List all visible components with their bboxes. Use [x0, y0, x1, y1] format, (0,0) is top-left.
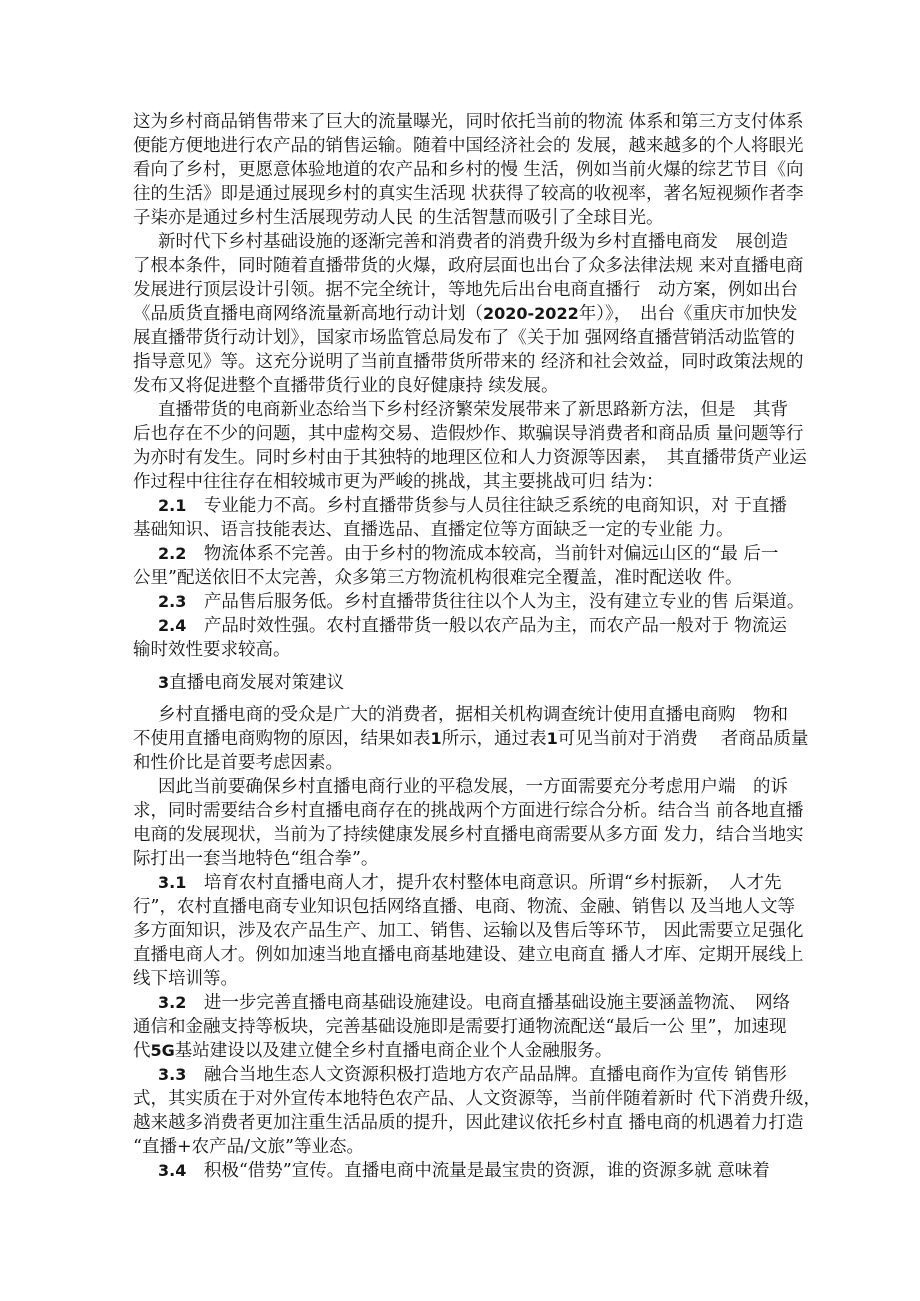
bold-text-segment: 3.3 — [158, 1065, 186, 1084]
text-line: 因此当前要确保乡村直播电商行业的平稳发展，一方面需要充分考虑用户端 的诉 — [133, 775, 795, 799]
text-segment: 际打出一套当地特色“组合拳”。 — [133, 849, 378, 869]
text-line: 往的生活》即是通过展现乡村的真实生活现 状获得了较高的收视率，著名短视频作者李 — [133, 182, 795, 206]
text-line: 线下培训等。 — [133, 967, 795, 991]
text-segment: 和性价比是首要考虑因素。 — [133, 753, 343, 773]
text-segment: 物流体系不完善。由于乡村的物流成本较高，当前针对偏远山区的“最 后一 — [186, 544, 778, 564]
document-page: 这为乡村商品销售带来了巨大的流量曝光，同时依托当前的物流 体系和第三方支付体系便… — [0, 0, 920, 1301]
text-segment: 求，同时需要结合乡村直播电商存在的挑战两个方面进行综合分析。结合当 前各地直播 — [133, 801, 804, 821]
bold-text-segment: 3.4 — [158, 1161, 186, 1180]
text-segment: 产品售后服务低。乡村直播带货往往以个人为主，没有建立专业的售 后渠道。 — [186, 592, 804, 612]
text-line: 为亦时有发生。同时乡村由于其独特的地理区位和人力资源等因素， 其直播带货产业运 — [133, 446, 795, 470]
text-segment: 电商的发展现状，当前为了持续健康发展乡村直播电商需要从多方面 发力，结合当地实 — [133, 825, 804, 845]
text-segment: 直播电商人才。例如加速当地直播电商基地建设、建立电商直 播人才库、定期开展线上 — [133, 945, 804, 965]
text-line: 直播电商人才。例如加速当地直播电商基地建设、建立电商直 播人才库、定期开展线上 — [133, 943, 795, 967]
text-line: 公里”配送依旧不太完善，众多第三方物流机构很难完全覆盖，准时配送收 件。 — [133, 566, 795, 590]
text-line: 乡村直播电商的受众是广大的消费者，据相关机构调查统计使用直播电商购 物和 — [133, 703, 795, 727]
text-line: 越来越多消费者更加注重生活品质的提升，因此建议依托乡村直 播电商的机遇着力打造 — [133, 1111, 795, 1135]
text-line: 际打出一套当地特色“组合拳”。 — [133, 847, 795, 871]
text-segment: 输时效性要求较高。 — [133, 640, 291, 660]
text-line: 多方面知识，涉及农产品生产、加工、销售、运输以及售后等环节， 因此需要立足强化 — [133, 919, 795, 943]
text-segment: 通信和金融支持等板块，完善基础设施即是需要打通物流配送“最后一公 里”，加速现 — [133, 1017, 786, 1037]
text-line: 了根本条件，同时随着直播带货的火爆，政府层面也出台了众多法律法规 来对直播电商 — [133, 254, 795, 278]
bold-text-segment: 3.1 — [158, 873, 186, 892]
text-segment: 行”，农村直播电商专业知识包括网络直播、电商、物流、金融、销售以 及当地人文等 — [133, 897, 795, 917]
text-segment: 所示，通过表 — [442, 729, 547, 749]
document-text: 这为乡村商品销售带来了巨大的流量曝光，同时依托当前的物流 体系和第三方支付体系便… — [133, 110, 795, 1183]
text-segment: 多方面知识，涉及农产品生产、加工、销售、运输以及售后等环节， 因此需要立足强化 — [133, 921, 804, 941]
bold-text-segment: 1 — [431, 729, 442, 748]
bold-text-segment: 3.2 — [158, 993, 186, 1012]
text-segment: 这为乡村商品销售带来了巨大的流量曝光，同时依托当前的物流 体系和第三方支付体系 — [133, 112, 804, 132]
text-line: 这为乡村商品销售带来了巨大的流量曝光，同时依托当前的物流 体系和第三方支付体系 — [133, 110, 795, 134]
text-segment: “直播+农产品/文旅”等业态。 — [133, 1137, 364, 1157]
text-line: 和性价比是首要考虑因素。 — [133, 751, 795, 775]
text-segment: 为亦时有发生。同时乡村由于其独特的地理区位和人力资源等因素， 其直播带货产业运 — [133, 448, 807, 468]
text-line: 式，其实质在于对外宣传本地特色农产品、人文资源等，当前伴随着新时 代下消费升级， — [133, 1087, 795, 1111]
text-line: 3.3 融合当地生态人文资源积极打造地方农产品品牌。直播电商作为宣传 销售形 — [133, 1063, 795, 1087]
text-line: 代5G基站建设以及建立健全乡村直播电商企业个人金融服务。 — [133, 1039, 795, 1063]
text-segment: 公里”配送依旧不太完善，众多第三方物流机构很难完全覆盖，准时配送收 件。 — [133, 568, 743, 588]
text-segment: 专业能力不高。乡村直播带货参与人员往往缺乏系统的电商知识，对 于直播 — [186, 496, 787, 516]
text-line: 《品质货直播电商网络流量新高地行动计划（2020-2022年）》， 出台《重庆市… — [133, 302, 795, 326]
text-segment: 培育农村直播电商人才，提升农村整体电商意识。所谓“乡村振新， 人才先 — [186, 873, 781, 893]
text-segment: 直播电商发展对策建议 — [169, 673, 344, 693]
text-line: 不使用直播电商购物的原因，结果如表1所示，通过表1可见当前对于消费 者商品质量 — [133, 727, 795, 751]
text-line: 子柒亦是通过乡村生活展现劳动人民 的生活智慧而吸引了全球目光。 — [133, 206, 795, 230]
text-segment: 发展进行顶层设计引领。据不完全统计，等地先后出台电商直播行 动方案，例如出台 — [133, 280, 798, 300]
text-line: 后也存在不少的问题，其中虚构交易、造假炒作、欺骗误导消费者和商品质 量问题等行 — [133, 422, 795, 446]
text-segment: 《品质货直播电商网络流量新高地行动计划（ — [133, 304, 483, 324]
text-line: 2.1 专业能力不高。乡村直播带货参与人员往往缺乏系统的电商知识，对 于直播 — [133, 494, 795, 518]
text-segment: 进一步完善直播电商基础设施建设。电商直播基础设施主要涵盖物流、 网络 — [186, 993, 790, 1013]
text-line: 3.4 积极“借势”宣传。直播电商中流量是最宝贵的资源，谁的资源多就 意味着 — [133, 1159, 795, 1183]
bold-text-segment: 2020-2022 — [483, 304, 579, 323]
bold-text-segment: 5G — [151, 1041, 175, 1060]
bold-text-segment: 1 — [547, 729, 558, 748]
section-heading: 3直播电商发展对策建议 — [133, 671, 795, 695]
text-segment: 便能方便地进行农产品的销售运输。随着中国经济社会的 发展，越来越多的个人将眼光 — [133, 136, 804, 156]
text-segment: 式，其实质在于对外宣传本地特色农产品、人文资源等，当前伴随着新时 代下消费升级， — [133, 1089, 821, 1109]
text-segment: 新时代下乡村基础设施的逐渐完善和消费者的消费升级为乡村直播电商发 展创造 — [158, 232, 788, 252]
text-line: 发布又将促进整个直播带货行业的良好健康持 续发展。 — [133, 374, 795, 398]
text-segment: 年）》， 出台《重庆市加快发 — [579, 304, 798, 324]
text-segment: 了根本条件，同时随着直播带货的火爆，政府层面也出台了众多法律法规 来对直播电商 — [133, 256, 804, 276]
text-segment: 积极“借势”宣传。直播电商中流量是最宝贵的资源，谁的资源多就 意味着 — [186, 1161, 769, 1181]
text-segment: 产品时效性强。农村直播带货一般以农产品为主，而农产品一般对于 物流运 — [186, 616, 787, 636]
text-segment: 越来越多消费者更加注重生活品质的提升，因此建议依托乡村直 播电商的机遇着力打造 — [133, 1113, 804, 1133]
text-line: 输时效性要求较高。 — [133, 638, 795, 662]
bold-text-segment: 2.1 — [158, 496, 186, 515]
text-segment: 子柒亦是通过乡村生活展现劳动人民 的生活智慧而吸引了全球目光。 — [133, 208, 664, 228]
text-segment: 代 — [133, 1041, 151, 1061]
text-segment: 融合当地生态人文资源积极打造地方农产品品牌。直播电商作为宣传 销售形 — [186, 1065, 787, 1085]
text-line: 3.1 培育农村直播电商人才，提升农村整体电商意识。所谓“乡村振新， 人才先 — [133, 871, 795, 895]
text-segment: 乡村直播电商的受众是广大的消费者，据相关机构调查统计使用直播电商购 物和 — [158, 705, 788, 725]
text-line: 求，同时需要结合乡村直播电商存在的挑战两个方面进行综合分析。结合当 前各地直播 — [133, 799, 795, 823]
text-line: 直播带货的电商新业态给当下乡村经济繁荣发展带来了新思路新方法，但是 其背 — [133, 398, 795, 422]
text-line: 2.4 产品时效性强。农村直播带货一般以农产品为主，而农产品一般对于 物流运 — [133, 614, 795, 638]
text-line: 电商的发展现状，当前为了持续健康发展乡村直播电商需要从多方面 发力，结合当地实 — [133, 823, 795, 847]
bold-text-segment: 2.3 — [158, 592, 186, 611]
text-line: 行”，农村直播电商专业知识包括网络直播、电商、物流、金融、销售以 及当地人文等 — [133, 895, 795, 919]
text-line: 作过程中往往存在相较城市更为严峻的挑战，其主要挑战可归 结为： — [133, 470, 795, 494]
text-segment: 直播带货的电商新业态给当下乡村经济繁荣发展带来了新思路新方法，但是 其背 — [158, 400, 788, 420]
text-segment: 不使用直播电商购物的原因，结果如表 — [133, 729, 431, 749]
text-segment: 可见当前对于消费 者商品质量 — [558, 729, 809, 749]
text-segment: 作过程中往往存在相较城市更为严峻的挑战，其主要挑战可归 结为： — [133, 472, 664, 492]
text-segment: 看向了乡村，更愿意体验地道的农产品和乡村的慢 生活，例如当前火爆的综艺节目《向 — [133, 160, 804, 180]
text-line: 3.2 进一步完善直播电商基础设施建设。电商直播基础设施主要涵盖物流、 网络 — [133, 991, 795, 1015]
text-line: 2.2 物流体系不完善。由于乡村的物流成本较高，当前针对偏远山区的“最 后一 — [133, 542, 795, 566]
text-line: 基础知识、语言技能表达、直播选品、直播定位等方面缺乏一定的专业能 力。 — [133, 518, 795, 542]
text-segment: 往的生活》即是通过展现乡村的真实生活现 状获得了较高的收视率，著名短视频作者李 — [133, 184, 804, 204]
bold-text-segment: 3 — [158, 673, 169, 692]
text-line: 发展进行顶层设计引领。据不完全统计，等地先后出台电商直播行 动方案，例如出台 — [133, 278, 795, 302]
bold-text-segment: 2.4 — [158, 616, 186, 635]
text-segment: 基础知识、语言技能表达、直播选品、直播定位等方面缺乏一定的专业能 力。 — [133, 520, 734, 540]
text-segment: 展直播带货行动计划》，国家市场监管总局发布了《关于加 强网络直播营销活动监管的 — [133, 328, 795, 348]
text-segment: 因此当前要确保乡村直播电商行业的平稳发展，一方面需要充分考虑用户端 的诉 — [158, 777, 788, 797]
text-segment: 发布又将促进整个直播带货行业的良好健康持 续发展。 — [133, 376, 559, 396]
text-line: 展直播带货行动计划》，国家市场监管总局发布了《关于加 强网络直播营销活动监管的 — [133, 326, 795, 350]
text-segment: 后也存在不少的问题，其中虚构交易、造假炒作、欺骗误导消费者和商品质 量问题等行 — [133, 424, 804, 444]
text-line: 看向了乡村，更愿意体验地道的农产品和乡村的慢 生活，例如当前火爆的综艺节目《向 — [133, 158, 795, 182]
text-line: “直播+农产品/文旅”等业态。 — [133, 1135, 795, 1159]
text-line: 通信和金融支持等板块，完善基础设施即是需要打通物流配送“最后一公 里”，加速现 — [133, 1015, 795, 1039]
text-line: 指导意见》等。这充分说明了当前直播带货所带来的 经济和社会效益，同时政策法规的 — [133, 350, 795, 374]
text-line: 2.3 产品售后服务低。乡村直播带货往往以个人为主，没有建立专业的售 后渠道。 — [133, 590, 795, 614]
text-segment: 基站建设以及建立健全乡村直播电商企业个人金融服务。 — [175, 1041, 613, 1061]
text-segment: 线下培训等。 — [133, 969, 238, 989]
text-segment: 指导意见》等。这充分说明了当前直播带货所带来的 经济和社会效益，同时政策法规的 — [133, 352, 804, 372]
text-line: 便能方便地进行农产品的销售运输。随着中国经济社会的 发展，越来越多的个人将眼光 — [133, 134, 795, 158]
bold-text-segment: 2.2 — [158, 544, 186, 563]
text-line: 新时代下乡村基础设施的逐渐完善和消费者的消费升级为乡村直播电商发 展创造 — [133, 230, 795, 254]
